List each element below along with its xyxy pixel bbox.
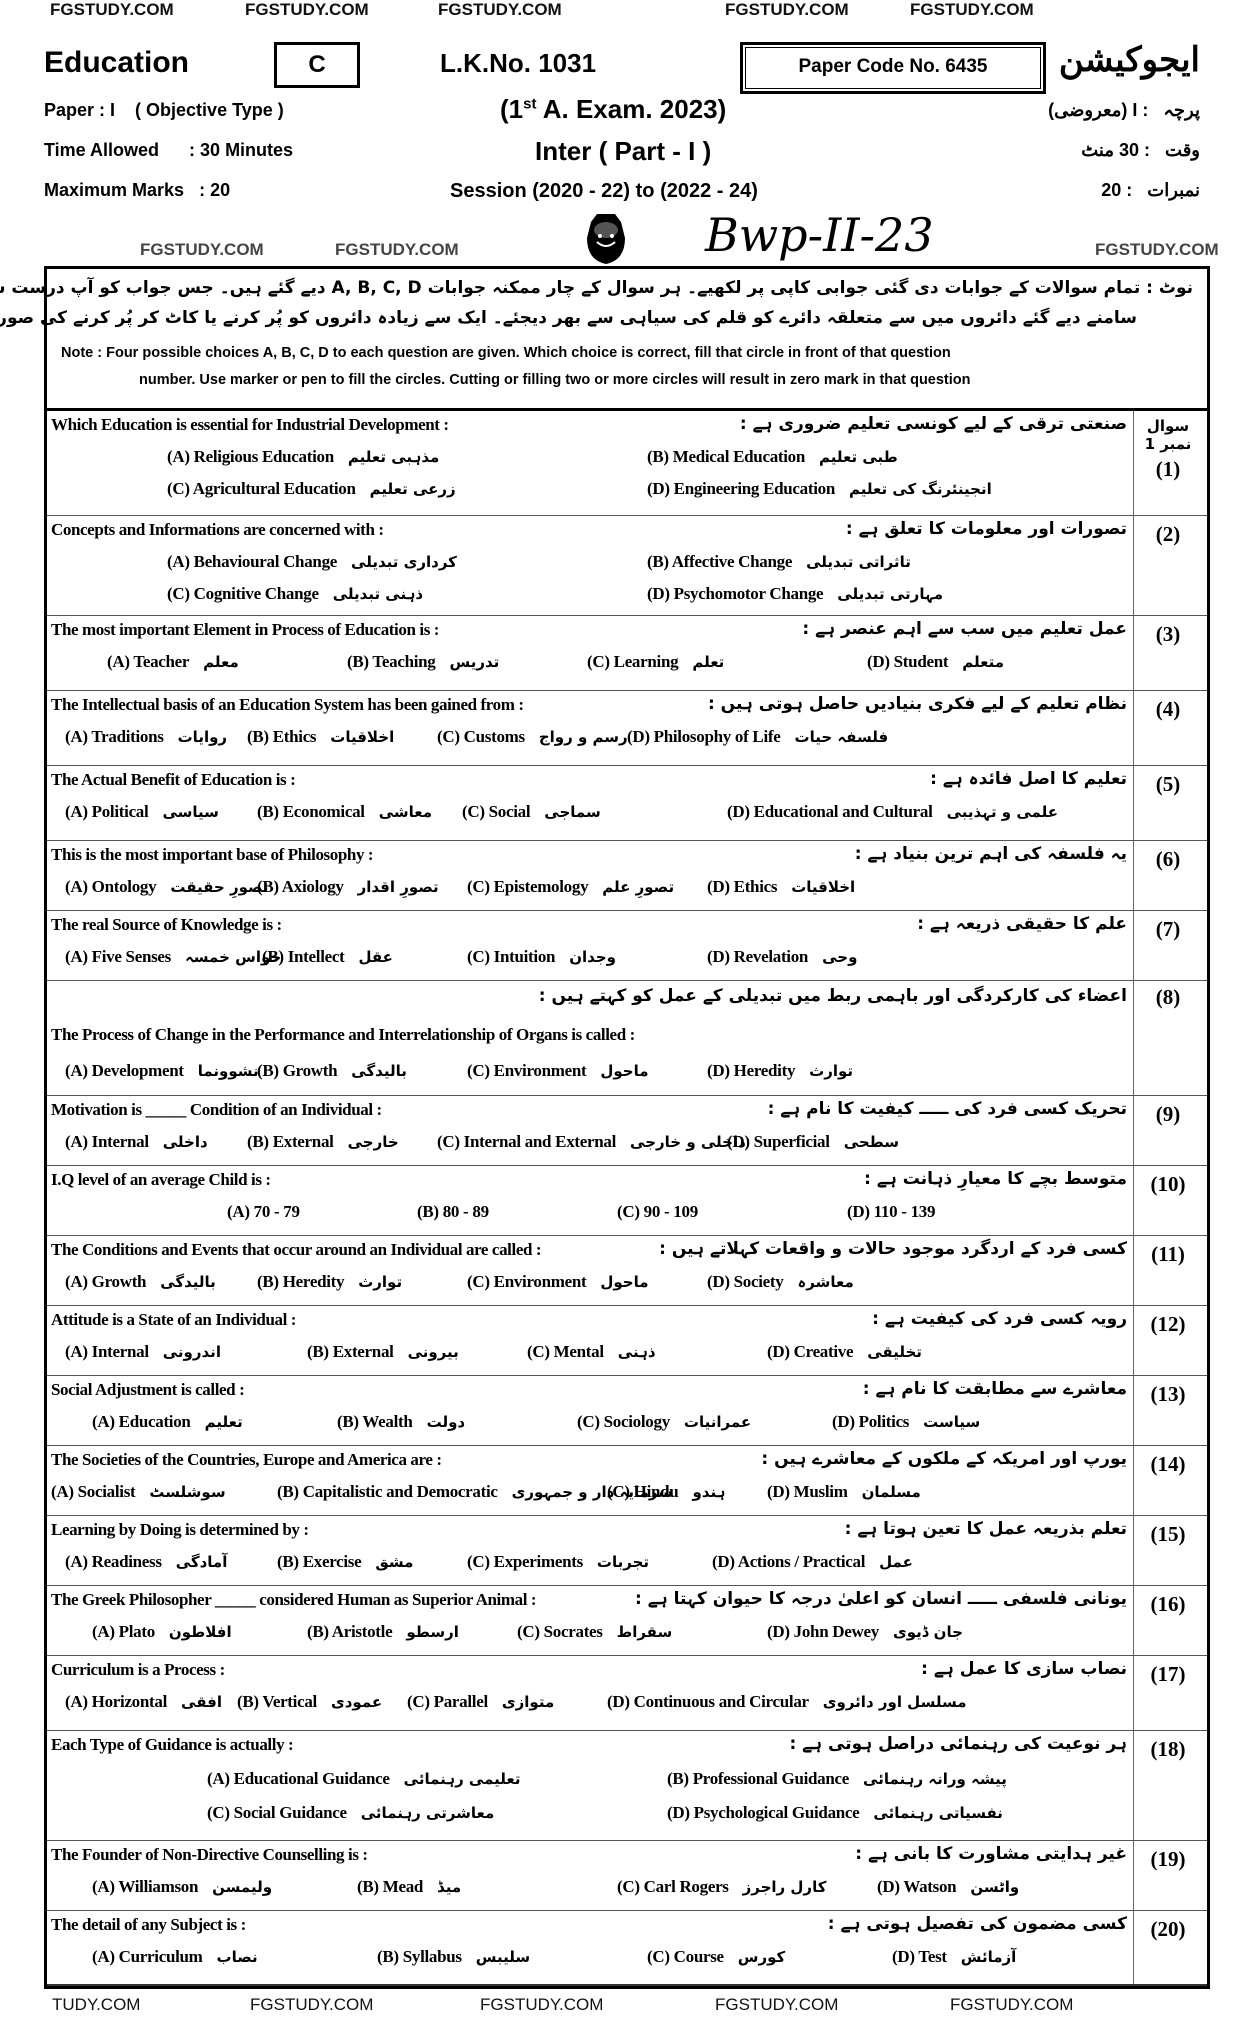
question-number-cell: (6)	[1129, 841, 1207, 910]
option-label: (B) Growth	[257, 1061, 337, 1080]
question-text-urdu: تحریک کسی فرد کی ـــــ کیفیت کا نام ہے :	[768, 1098, 1127, 1119]
option-label: (D) Creative	[767, 1342, 853, 1361]
option-label: (B) Mead	[357, 1877, 423, 1896]
option-label: (B) Professional Guidance	[667, 1769, 849, 1788]
question-cell: This is the most important base of Philo…	[47, 841, 1134, 910]
watermark-top-5: FGSTUDY.COM	[910, 0, 1034, 20]
option-label: (A) Development	[65, 1061, 184, 1080]
option-a[interactable]: (A) Socialistسوشلسٹ	[51, 1482, 226, 1502]
option-label: (C) Carl Rogers	[617, 1877, 729, 1896]
option-a[interactable]: (A) Readinessآمادگی	[65, 1552, 227, 1572]
option-label-urdu: آزمائش	[961, 1948, 1017, 1966]
question-row: Curriculum is a Process :نصاب سازی کا عم…	[47, 1656, 1207, 1731]
question-row: Learning by Doing is determined by :تعلم…	[47, 1516, 1207, 1586]
question-number: (6)	[1129, 847, 1207, 872]
question-number-cell: (4)	[1129, 691, 1207, 765]
question-cell: The real Source of Knowledge is :علم کا …	[47, 911, 1134, 980]
question-number-cell: (20)	[1129, 1911, 1207, 1984]
option-label-urdu: وجدان	[569, 948, 616, 966]
question-number-cell: (18)	[1129, 1731, 1207, 1840]
question-text-urdu: تعلیم کا اصل فائدہ ہے :	[930, 768, 1127, 789]
option-label-urdu: متوازی	[502, 1693, 554, 1711]
watermark-mid-1: FGSTUDY.COM	[140, 240, 264, 260]
option-label: (B) Axiology	[257, 877, 344, 896]
option-c[interactable]: (C) Cognitive Changeذہنی تبدیلی	[167, 584, 423, 604]
option-label-urdu: عقل	[359, 948, 393, 966]
option-label-urdu: وحی	[822, 948, 857, 966]
question-number: (1)	[1129, 457, 1207, 482]
session: Session (2020 - 22) to (2022 - 24)	[450, 180, 758, 203]
option-label-urdu: معاشی	[379, 803, 432, 821]
option-a[interactable]: (A) Internalداخلی	[65, 1132, 208, 1152]
option-label: (C) Intuition	[467, 947, 555, 966]
option-label: (C) Environment	[467, 1061, 586, 1080]
option-a[interactable]: (A) Developmentنشوونما	[65, 1061, 259, 1081]
option-c[interactable]: (C) Internal and Externalداخلی و خارجی	[437, 1132, 746, 1152]
option-b[interactable]: (B) Intellectعقل	[262, 947, 393, 967]
option-label: (D) Actions / Practical	[712, 1552, 865, 1571]
option-b[interactable]: (B) Economicalمعاشی	[257, 802, 432, 822]
question-row: The Greek Philosopher _____ considered H…	[47, 1586, 1207, 1656]
question-cell: The Societies of the Countries, Europe a…	[47, 1446, 1134, 1515]
option-d[interactable]: (D) Ethicsاخلاقیات	[707, 877, 855, 897]
option-label: (A) Growth	[65, 1272, 146, 1291]
option-d[interactable]: (D) Watsonواٹسن	[877, 1877, 1019, 1897]
paper-type: ( Objective Type )	[135, 100, 284, 120]
urdu-marks-label: نمبرات	[1147, 180, 1200, 200]
option-b[interactable]: (B) Affective Changeتاثراتی تبدیلی	[647, 552, 911, 572]
option-label-urdu: کارل راجرز	[743, 1878, 827, 1896]
urdu-paper-label: پرچہ	[1163, 100, 1200, 120]
option-c[interactable]: (C) Environmentماحول	[467, 1272, 649, 1292]
option-b[interactable]: (B) Exerciseمشق	[277, 1552, 413, 1572]
question-text-english: The Founder of Non-Directive Counselling…	[51, 1845, 368, 1865]
option-label: (B) Syllabus	[377, 1947, 462, 1966]
option-c[interactable]: (C) Environmentماحول	[467, 1061, 649, 1081]
option-label: (B) Medical Education	[647, 447, 805, 466]
option-label-urdu: تصورِ اقدار	[358, 878, 439, 896]
option-label-urdu: آمادگی	[176, 1553, 228, 1571]
question-number-cell: (15)	[1129, 1516, 1207, 1585]
question-row: Attitude is a State of an Individual :رو…	[47, 1306, 1207, 1376]
option-label: (D) Superficial	[727, 1132, 830, 1151]
option-label-urdu: نفسیاتی رہنمائی	[873, 1804, 1003, 1822]
option-c[interactable]: (C) Social Guidanceمعاشرتی رہنمائی	[207, 1803, 494, 1823]
question-cell: The Founder of Non-Directive Counselling…	[47, 1841, 1134, 1910]
question-number-cell: (10)	[1129, 1166, 1207, 1235]
group-code: C	[308, 51, 325, 78]
question-row: Which Education is essential for Industr…	[47, 411, 1207, 516]
option-label-urdu: سطحی	[844, 1133, 899, 1151]
option-label-urdu: ہندو	[692, 1483, 725, 1501]
question-text-english: Learning by Doing is determined by :	[51, 1520, 309, 1540]
exam-suffix: A. Exam. 2023)	[536, 94, 726, 124]
question-text-english: The Intellectual basis of an Education S…	[51, 695, 524, 715]
question-cell: Learning by Doing is determined by :تعلم…	[47, 1516, 1134, 1585]
question-text-urdu: صنعتی ترقی کے لیے کونسی تعلیم ضروری ہے :	[740, 413, 1127, 434]
option-label-urdu: سیاست	[923, 1413, 980, 1431]
option-a[interactable]: (A) Growthبالیدگی	[65, 1272, 216, 1292]
question-number-cell: (2)	[1129, 516, 1207, 615]
question-text-english: Attitude is a State of an Individual :	[51, 1310, 296, 1330]
option-a[interactable]: (A) Williamsonولیمسن	[92, 1877, 272, 1897]
option-label: (D) Engineering Education	[647, 479, 835, 498]
question-number: (18)	[1129, 1737, 1207, 1762]
option-label: (A) Horizontal	[65, 1692, 167, 1711]
question-text-urdu: رویہ کسی فرد کی کیفیت ہے :	[872, 1308, 1127, 1329]
question-text-english: Motivation is _____ Condition of an Indi…	[51, 1100, 382, 1120]
question-text-english: The detail of any Subject is :	[51, 1915, 246, 1935]
option-label: (D) Psychological Guidance	[667, 1803, 859, 1822]
option-c[interactable]: (C) Learningتعلم	[587, 652, 724, 672]
option-label-urdu: متعلم	[962, 653, 1004, 671]
question-number-cell: (12)	[1129, 1306, 1207, 1375]
option-d[interactable]: (D) Psychomotor Changeمہارتی تبدیلی	[647, 584, 943, 604]
board-logo-icon	[585, 210, 627, 266]
question-row: The real Source of Knowledge is :علم کا …	[47, 911, 1207, 981]
option-d[interactable]: (D) Actions / Practicalعمل	[712, 1552, 913, 1572]
option-label: (A) Internal	[65, 1132, 149, 1151]
option-label: (B) Capitalistic and Democratic	[277, 1482, 498, 1501]
question-cell: Which Education is essential for Industr…	[47, 411, 1134, 515]
question-cell: Social Adjustment is called :معاشرے سے م…	[47, 1376, 1134, 1445]
option-label-urdu: تعلم	[692, 653, 724, 671]
option-label: (D) Student	[867, 652, 948, 671]
option-d[interactable]: (D) Educational and Culturalعلمی و تہذیب…	[727, 802, 1058, 822]
option-a[interactable]: (A) Educationتعلیم	[92, 1412, 243, 1432]
urdu-time-value: : 30 منٹ	[1081, 140, 1150, 160]
question-number-cell: (3)	[1129, 616, 1207, 690]
question-row: Social Adjustment is called :معاشرے سے م…	[47, 1376, 1207, 1446]
option-label: (A) Curriculum	[92, 1947, 203, 1966]
question-row: Each Type of Guidance is actually :ہر نو…	[47, 1731, 1207, 1841]
option-label: (B) Aristotle	[307, 1622, 392, 1641]
option-label-urdu: واٹسن	[970, 1878, 1019, 1896]
marks-value: : 20	[199, 180, 230, 200]
option-label: (D) Test	[892, 1947, 947, 1966]
option-b[interactable]: (B) Aristotleارسطو	[307, 1622, 459, 1642]
option-a[interactable]: (A) Teacherمعلم	[107, 652, 239, 672]
option-label: (C) Course	[647, 1947, 724, 1966]
question-cell: Each Type of Guidance is actually :ہر نو…	[47, 1731, 1134, 1840]
question-text-english: The Conditions and Events that occur aro…	[51, 1240, 541, 1260]
note-urdu-line-2: سامنے دیے گئے دائروں میں سے متعلقہ دائرے…	[0, 307, 1137, 328]
watermark-top-4: FGSTUDY.COM	[725, 0, 849, 20]
option-d[interactable]: (D) Revelationوحی	[707, 947, 857, 967]
option-label-urdu: عمل	[879, 1553, 913, 1571]
option-b[interactable]: (B) Axiologyتصورِ اقدار	[257, 877, 439, 897]
exam-prefix: (1	[500, 94, 523, 124]
option-b[interactable]: (B) Externalبیرونی	[307, 1342, 459, 1362]
question-text-urdu: کسی فرد کے اردگرد موجود حالات و واقعات ک…	[659, 1238, 1127, 1259]
question-text-english: This is the most important base of Philo…	[51, 845, 373, 865]
question-number-cell: (9)	[1129, 1096, 1207, 1165]
option-label-urdu: مذہبی تعلیم	[348, 448, 439, 466]
option-a[interactable]: (A) Horizontalافقی	[65, 1692, 222, 1712]
option-label: (D) John Dewey	[767, 1622, 879, 1641]
note-urdu-line-1: نوٹ : تمام سوالات کے جوابات دی گئی جوابی…	[0, 277, 1193, 298]
option-d[interactable]: (D) 110 - 139	[847, 1202, 935, 1222]
option-label-urdu: تاثراتی تبدیلی	[806, 553, 911, 571]
option-label: (A) Behavioural Change	[167, 552, 337, 571]
option-label-urdu: کورس	[738, 1948, 785, 1966]
option-label: (B) Teaching	[347, 652, 436, 671]
question-number: (10)	[1129, 1172, 1207, 1197]
instructions-box: نوٹ : تمام سوالات کے جوابات دی گئی جوابی…	[44, 266, 1210, 408]
option-label-urdu: افقی	[181, 1693, 222, 1711]
option-b[interactable]: (B) Ethicsاخلاقیات	[247, 727, 394, 747]
option-label: (A) Williamson	[92, 1877, 198, 1896]
option-a[interactable]: (A) Politicalسیاسی	[65, 802, 219, 822]
question-number: (11)	[1129, 1242, 1207, 1267]
section-label: سوال نمبر 1	[1129, 417, 1207, 453]
option-label-urdu: خارجی	[348, 1133, 399, 1151]
option-label: (D) Educational and Cultural	[727, 802, 933, 821]
handwritten-stamp: Bwp-II-23	[705, 208, 934, 262]
question-text-urdu: معاشرے سے مطابقت کا نام ہے :	[863, 1378, 1127, 1399]
question-text-english: Curriculum is a Process :	[51, 1660, 225, 1680]
option-label-urdu: داخلی	[163, 1133, 208, 1151]
option-label-urdu: اندرونی	[163, 1343, 221, 1361]
option-d[interactable]: (D) Studentمتعلم	[867, 652, 1004, 672]
option-b[interactable]: (B) Meadمیڈ	[357, 1877, 461, 1897]
option-label-urdu: مسلسل اور دائروی	[823, 1693, 967, 1711]
paper-code: Paper Code No. 6435	[798, 56, 987, 77]
option-c[interactable]: (C) Socialسماجی	[462, 802, 601, 822]
question-text-english: The Greek Philosopher _____ considered H…	[51, 1590, 536, 1610]
option-b[interactable]: (B) Syllabusسلیبس	[377, 1947, 530, 1967]
question-number: (12)	[1129, 1312, 1207, 1337]
note-english-line-2: number. Use marker or pen to fill the ci…	[139, 372, 971, 388]
option-b[interactable]: (B) Wealthدولت	[337, 1412, 465, 1432]
question-number-cell: (5)	[1129, 766, 1207, 840]
question-text-english: I.Q level of an average Child is :	[51, 1170, 271, 1190]
option-b[interactable]: (B) Heredityتوارث	[257, 1272, 402, 1292]
question-number: (8)	[1129, 985, 1207, 1010]
time-row: Time Allowed : 30 Minutes	[44, 140, 293, 161]
question-cell: Attitude is a State of an Individual :رو…	[47, 1306, 1134, 1375]
option-label: (A) Education	[92, 1412, 191, 1431]
option-b[interactable]: (B) Teachingتدریس	[347, 652, 499, 672]
option-a[interactable]: (A) 70 - 79	[227, 1202, 300, 1222]
option-label: (A) Plato	[92, 1622, 155, 1641]
option-b[interactable]: (B) Medical Educationطبی تعلیم	[647, 447, 898, 467]
option-label-urdu: توارث	[358, 1273, 402, 1291]
note-english-line-1: Note : Four possible choices A, B, C, D …	[61, 345, 951, 361]
option-label-urdu: توارث	[809, 1062, 853, 1080]
question-number: (3)	[1129, 622, 1207, 647]
option-a[interactable]: (A) Educational Guidanceتعلیمی رہنمائی	[207, 1769, 521, 1789]
option-label-urdu: بالیدگی	[160, 1273, 216, 1291]
question-text-urdu: یہ فلسفہ کی اہم ترین بنیاد ہے :	[855, 843, 1127, 864]
option-d[interactable]: (D) Creativeتخلیقی	[767, 1342, 922, 1362]
question-number: (17)	[1129, 1662, 1207, 1687]
option-label-urdu: سلیبس	[476, 1948, 530, 1966]
question-number: (15)	[1129, 1522, 1207, 1547]
option-label-urdu: افلاطون	[169, 1623, 232, 1641]
question-text-english: The most important Element in Process of…	[51, 620, 439, 640]
question-number-cell: (13)	[1129, 1376, 1207, 1445]
option-d[interactable]: (D) Continuous and Circularمسلسل اور دائ…	[607, 1692, 967, 1712]
option-label: (D) Ethics	[707, 877, 777, 896]
option-label-urdu: ذہنی تبدیلی	[333, 585, 423, 603]
question-row: Concepts and Informations are concerned …	[47, 516, 1207, 616]
question-row: The Conditions and Events that occur aro…	[47, 1236, 1207, 1306]
option-label-urdu: دولت	[427, 1413, 466, 1431]
option-label: (D) Psychomotor Change	[647, 584, 823, 603]
question-text-english: Which Education is essential for Industr…	[51, 415, 449, 435]
option-label-urdu: اخلاقیات	[330, 728, 394, 746]
option-label-urdu: فلسفہ حیات	[795, 728, 889, 746]
option-a[interactable]: (A) Traditionsروایات	[65, 727, 227, 747]
marks-label: Maximum Marks	[44, 180, 184, 200]
option-label: (B) Vertical	[237, 1692, 317, 1711]
option-c[interactable]: (C) 90 - 109	[617, 1202, 698, 1222]
option-label-urdu: معاشرتی رہنمائی	[361, 1804, 495, 1822]
option-label: (D) Heredity	[707, 1061, 795, 1080]
question-cell: The Actual Benefit of Education is :تعلی…	[47, 766, 1134, 840]
option-label: (C) Social Guidance	[207, 1803, 347, 1822]
option-label: (C) Mental	[527, 1342, 604, 1361]
option-label: (A) Readiness	[65, 1552, 162, 1571]
question-cell: The detail of any Subject is :کسی مضمون …	[47, 1911, 1134, 1984]
option-label-urdu: ذہنی	[618, 1343, 656, 1361]
option-c[interactable]: (C) Experimentsتجربات	[467, 1552, 649, 1572]
option-label-urdu: تجربات	[597, 1553, 649, 1571]
option-c[interactable]: (C) Carl Rogersکارل راجرز	[617, 1877, 826, 1897]
option-label: (D) Politics	[832, 1412, 909, 1431]
option-b[interactable]: (B) 80 - 89	[417, 1202, 489, 1222]
option-c[interactable]: (C) Customsرسم و رواج	[437, 727, 628, 747]
question-row: The Actual Benefit of Education is :تعلی…	[47, 766, 1207, 841]
option-d[interactable]: (D) Muslimمسلمان	[767, 1482, 921, 1502]
option-label-urdu: روایات	[178, 728, 227, 746]
option-label: (C) Parallel	[407, 1692, 488, 1711]
option-label: (C) Environment	[467, 1272, 586, 1291]
question-cell: Concepts and Informations are concerned …	[47, 516, 1134, 615]
paper-number: Paper : I	[44, 100, 115, 120]
option-d[interactable]: (D) Psychological Guidanceنفسیاتی رہنمائ…	[667, 1803, 1003, 1823]
option-label: (C) Experiments	[467, 1552, 583, 1571]
question-cell: The Conditions and Events that occur aro…	[47, 1236, 1134, 1305]
option-label-urdu: تعلیم	[205, 1413, 243, 1431]
watermark-top-2: FGSTUDY.COM	[245, 0, 369, 20]
question-text-urdu: تصورات اور معلومات کا تعلق ہے :	[846, 518, 1127, 539]
option-label: (A) Teacher	[107, 652, 189, 671]
option-a[interactable]: (A) Religious Educationمذہبی تعلیم	[167, 447, 439, 467]
question-row: The Process of Change in the Performance…	[47, 981, 1207, 1096]
exam-title: (1st A. Exam. 2023)	[500, 94, 726, 125]
urdu-time-label: وقت	[1165, 140, 1200, 160]
option-c[interactable]: (C) Sociologyعمرانیات	[577, 1412, 751, 1432]
question-text-urdu: ہر نوعیت کی رہنمائی دراصل ہوتی ہے :	[789, 1733, 1127, 1754]
option-label-urdu: نصاب	[217, 1948, 258, 1966]
option-c[interactable]: (C) Parallelمتوازی	[407, 1692, 554, 1712]
option-a[interactable]: (A) Behavioural Changeکرداری تبدیلی	[167, 552, 457, 572]
option-b[interactable]: (B) Growthبالیدگی	[257, 1061, 407, 1081]
question-text-urdu: غیر ہدایتی مشاورت کا بانی ہے :	[855, 1843, 1127, 1864]
option-c[interactable]: (C) Hinduہندو	[607, 1482, 725, 1502]
option-c[interactable]: (C) Courseکورس	[647, 1947, 785, 1967]
option-label-urdu: مسلمان	[862, 1483, 921, 1501]
option-d[interactable]: (D) John Deweyجان ڈیوی	[767, 1622, 963, 1642]
option-a[interactable]: (A) Curriculumنصاب	[92, 1947, 258, 1967]
option-label: (D) Watson	[877, 1877, 956, 1896]
question-row: The detail of any Subject is :کسی مضمون …	[47, 1911, 1207, 1986]
question-cell: I.Q level of an average Child is :متوسط …	[47, 1166, 1134, 1235]
group-code-box: C	[274, 42, 360, 88]
option-d[interactable]: (D) Societyمعاشرہ	[707, 1272, 854, 1292]
option-label: (C) Sociology	[577, 1412, 670, 1431]
urdu-time-row: وقت : 30 منٹ	[1081, 140, 1200, 161]
question-text-english: Concepts and Informations are concerned …	[51, 520, 384, 540]
paper-label: Paper : I ( Objective Type )	[44, 100, 284, 121]
option-label: (B) Intellect	[262, 947, 345, 966]
question-text-urdu: تعلم بذریعہ عمل کا تعین ہوتا ہے :	[845, 1518, 1127, 1539]
option-d[interactable]: (D) Heredityتوارث	[707, 1061, 853, 1081]
option-label: (C) Epistemology	[467, 877, 588, 896]
option-label-urdu: تصورِ حقیقت	[170, 878, 268, 896]
option-label: (B) Ethics	[247, 727, 316, 746]
question-text-urdu: علم کا حقیقی ذریعہ ہے :	[917, 913, 1127, 934]
time-value: : 30 Minutes	[189, 140, 293, 160]
option-b[interactable]: (B) Professional Guidanceپیشہ ورانہ رہنم…	[667, 1769, 1007, 1789]
option-label-urdu: طبی تعلیم	[819, 448, 898, 466]
question-table: Which Education is essential for Industr…	[44, 408, 1210, 1989]
option-d[interactable]: (D) Philosophy of Lifeفلسفہ حیات	[627, 727, 888, 747]
question-number: (9)	[1129, 1102, 1207, 1127]
option-c[interactable]: (C) Socratesسقراط	[517, 1622, 672, 1642]
option-a[interactable]: (A) Five Sensesحواس خمسہ	[65, 947, 281, 967]
option-c[interactable]: (C) Intuitionوجدان	[467, 947, 616, 967]
option-c[interactable]: (C) Agricultural Educationزرعی تعلیم	[167, 479, 456, 499]
option-label: (A) Educational Guidance	[207, 1769, 390, 1788]
option-label-urdu: سماجی	[544, 803, 600, 821]
option-label-urdu: اخلاقیات	[791, 878, 855, 896]
option-label: (D) 110 - 139	[847, 1202, 935, 1221]
question-number: (4)	[1129, 697, 1207, 722]
subject-title: Education	[44, 46, 189, 80]
option-c[interactable]: (C) Epistemologyتصورِ علم	[467, 877, 674, 897]
option-label: (B) External	[307, 1342, 394, 1361]
option-d[interactable]: (D) Politicsسیاست	[832, 1412, 980, 1432]
class-title: Inter ( Part - I )	[535, 136, 711, 167]
option-d[interactable]: (D) Engineering Educationانجینئرنگ کی تع…	[647, 479, 992, 499]
option-a[interactable]: (A) Platoافلاطون	[92, 1622, 232, 1642]
question-number: (2)	[1129, 522, 1207, 547]
question-text-urdu: اعضاء کی کارکردگی اور باہمی ربط میں تبدی…	[539, 985, 1127, 1006]
paper-code-box: Paper Code No. 6435	[740, 42, 1046, 94]
question-row: The Societies of the Countries, Europe a…	[47, 1446, 1207, 1516]
option-label-urdu: عمرانیات	[684, 1413, 751, 1431]
option-label-urdu: بیرونی	[408, 1343, 459, 1361]
question-text-urdu: یورپ اور امریکہ کے ملکوں کے معاشرے ہیں :	[761, 1448, 1127, 1469]
option-c[interactable]: (C) Mentalذہنی	[527, 1342, 656, 1362]
option-d[interactable]: (D) Superficialسطحی	[727, 1132, 899, 1152]
option-b[interactable]: (B) Externalخارجی	[247, 1132, 399, 1152]
option-b[interactable]: (B) Verticalعمودی	[237, 1692, 382, 1712]
option-a[interactable]: (A) Ontologyتصورِ حقیقت	[65, 877, 268, 897]
watermark-top-3: FGSTUDY.COM	[438, 0, 562, 20]
option-label: (A) Internal	[65, 1342, 149, 1361]
question-text-urdu: نظام تعلیم کے لیے فکری بنیادیں حاصل ہوتی…	[708, 693, 1127, 714]
option-a[interactable]: (A) Internalاندرونی	[65, 1342, 221, 1362]
question-text-english: The Actual Benefit of Education is :	[51, 770, 295, 790]
question-number: (14)	[1129, 1452, 1207, 1477]
option-label: (C) Cognitive Change	[167, 584, 319, 603]
question-number-cell: (7)	[1129, 911, 1207, 980]
option-d[interactable]: (D) Testآزمائش	[892, 1947, 1016, 1967]
